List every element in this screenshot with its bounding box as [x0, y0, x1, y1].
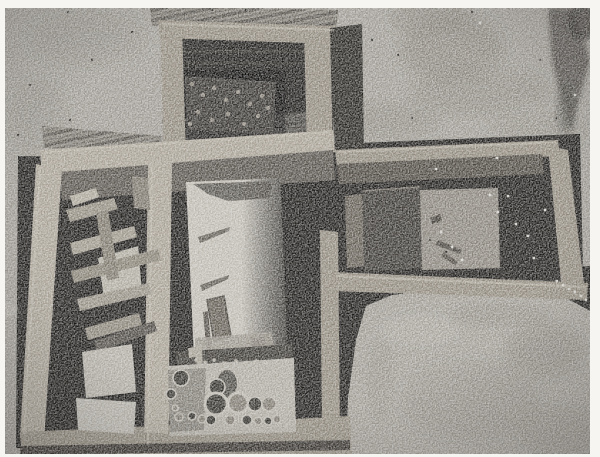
photo-area	[0, 4, 600, 457]
photograph-of-excavated-tomb	[0, 0, 600, 457]
vignette	[5, 8, 590, 454]
tomb-photo-canvas	[0, 0, 600, 457]
